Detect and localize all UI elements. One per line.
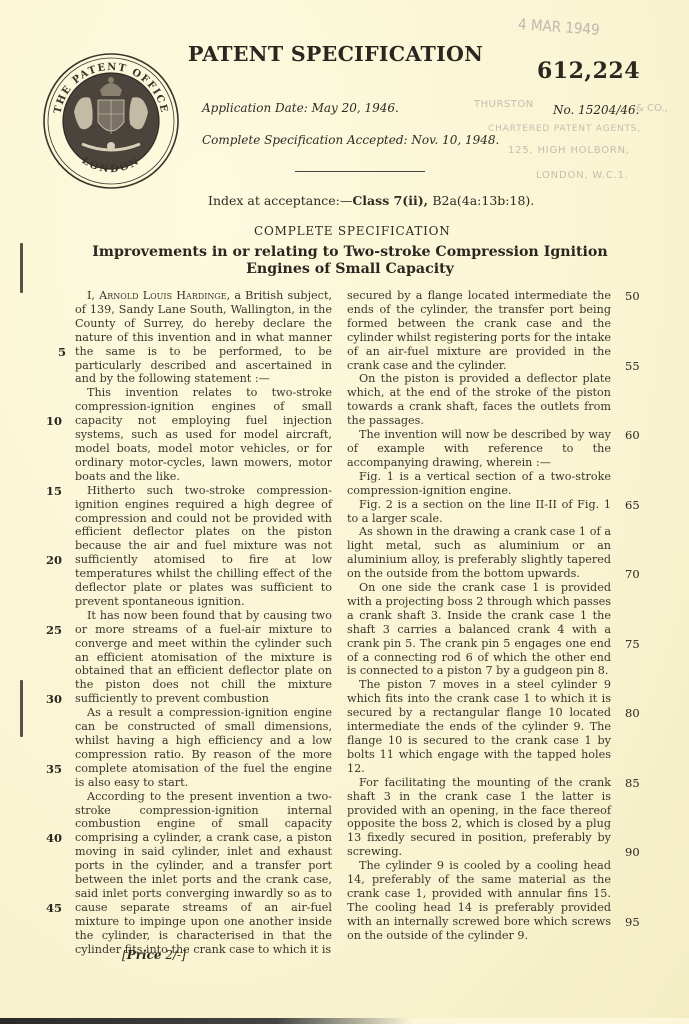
line-number: 50 [625,289,640,303]
paragraph: As shown in the drawing a crank case 1 o… [347,525,611,581]
scan-edge [0,1018,689,1024]
paragraph: The invention will now be described by w… [347,428,611,470]
paragraph: For facilitating the mounting of the cra… [347,776,611,859]
index-rest: B2a(4a:13b:18). [432,193,534,208]
line-number: 25 [46,623,62,637]
line-number: 80 [625,706,640,720]
index-prefix: Index at acceptance:— [208,193,352,208]
line-number: 30 [46,692,62,706]
line-number: 90 [625,845,640,859]
paragraph: Hitherto such two-stroke compression-ign… [75,484,332,609]
document-title: PATENT SPECIFICATION [188,42,483,66]
paragraph: According to the present invention a two… [75,790,332,957]
paragraph: secured by a flange located intermediate… [347,289,611,372]
paragraph: The cylinder 9 is cooled by a cooling he… [347,859,611,942]
paragraph: As a result a compression-ignition engin… [75,706,332,789]
line-number: 60 [625,428,640,442]
header-divider [295,171,425,172]
invention-title: Improvements in or relating to Two-strok… [80,244,620,278]
paragraph: This invention relates to two-stroke com… [75,386,332,483]
right-column: secured by a flange located intermediate… [347,289,611,943]
invention-title-line-1: Improvements in or relating to Two-strok… [80,244,620,261]
paragraph: The piston 7 moves in a steel cylinder 9… [347,678,611,775]
line-number: 15 [46,484,62,498]
agent-stamp-line-1: THURSTON [474,99,534,110]
agent-stamp-line-4: LONDON, W.C.1. [536,170,629,181]
invention-title-line-2: Engines of Small Capacity [80,261,620,278]
agent-stamp-line-1b: & CO., [636,103,668,114]
received-date-stamp: 4 MAR 1949 [517,15,600,39]
index-class: Class 7(ii), [352,193,432,208]
line-number: 75 [625,637,640,651]
acceptance-date: Complete Specification Accepted: Nov. 10… [202,133,499,147]
application-date: Application Date: May 20, 1946. [202,101,399,115]
paragraph: I, Arnold Louis Hardinge, a British subj… [75,289,332,386]
line-number: 35 [46,762,62,776]
paragraph: Fig. 2 is a section on the line II-II of… [347,498,611,526]
margin-bracket [20,680,23,737]
patent-office-seal: THE PATENT OFFICE LONDON [42,52,180,190]
paragraph: On the piston is provided a deflector pl… [347,372,611,428]
agent-stamp-line-2: CHARTERED PATENT AGENTS, [488,124,641,134]
left-column: I, Arnold Louis Hardinge, a British subj… [75,289,332,957]
paragraph: On one side the crank case 1 is provided… [347,581,611,678]
line-number: 65 [625,498,640,512]
paragraph: Fig. 1 is a vertical section of a two-st… [347,470,611,498]
index-at-acceptance: Index at acceptance:—Class 7(ii), B2a(4a… [208,193,534,208]
line-number: 55 [625,359,640,373]
line-number: 5 [58,345,66,359]
patent-number: 612,224 [537,58,640,84]
application-number: No. 15204/46. [553,103,639,117]
margin-bracket [20,243,23,293]
agent-stamp-line-3: 125, HIGH HOLBORN, [508,145,630,156]
price: [Price 2/-] [122,948,186,962]
price-label: Price [127,948,162,962]
section-label: COMPLETE SPECIFICATION [254,224,451,238]
line-number: 70 [625,567,640,581]
price-value: 2/-] [162,948,186,962]
line-number: 95 [625,915,640,929]
line-number: 20 [46,553,62,567]
applicant-name: I, Arnold Louis Hardinge, [87,289,230,302]
line-number: 40 [46,831,62,845]
line-number: 45 [46,901,62,915]
line-number: 10 [46,414,62,428]
line-number: 85 [625,776,640,790]
paragraph: It has now been found that by causing tw… [75,609,332,706]
